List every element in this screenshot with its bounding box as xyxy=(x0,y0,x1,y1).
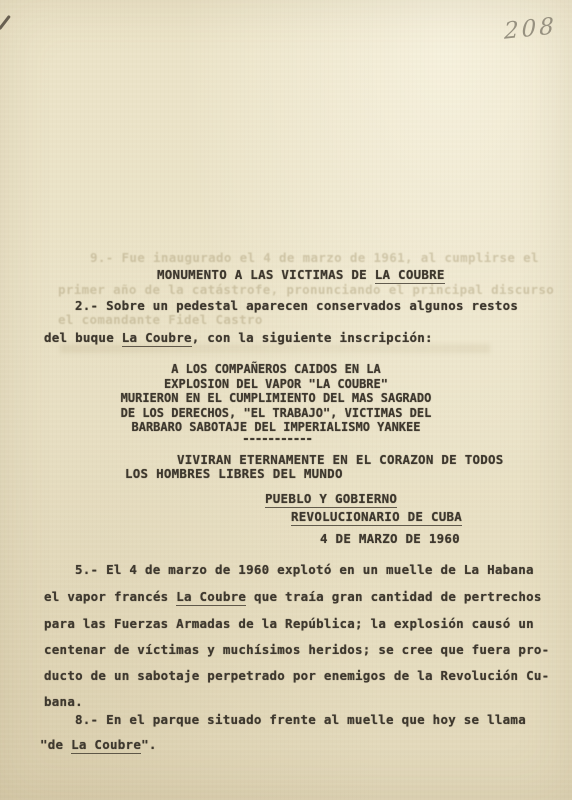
paragraph-2-line-2: del buque La Coubre, con la siguiente in… xyxy=(44,330,433,345)
text-fragment: el vapor francés xyxy=(44,589,176,604)
bleed-through-line: 9.- Fue inaugurado el 4 de marzo de 1961… xyxy=(90,250,539,265)
inscription-line: MURIERON EN EL CUMPLIMIENTO DEL MAS SAGR… xyxy=(96,391,456,406)
underlined-ship-name: La Coubre xyxy=(71,737,141,754)
paragraph-5-line-4: centenar de víctimas y muchísimos herido… xyxy=(44,642,549,657)
document-title: MONUMENTO A LAS VICTIMAS DE LA COUBRE xyxy=(157,267,445,282)
underlined-text: PUEBLO Y GOBIERNO xyxy=(265,491,397,508)
bleed-through-line: el comandante Fidel Castro xyxy=(58,312,263,327)
paragraph-5-line-6: bana. xyxy=(44,694,83,709)
inscription-line: EXPLOSION DEL VAPOR "LA COUBRE" xyxy=(96,377,456,392)
paragraph-5-line-3: para las Fuerzas Armadas de la República… xyxy=(44,616,534,631)
underlined-ship-name: La Coubre xyxy=(176,589,246,606)
inscription-line: DE LOS DERECHOS, "EL TRABAJO", VICTIMAS … xyxy=(96,406,456,421)
title-text: MONUMENTO A LAS VICTIMAS DE xyxy=(157,267,375,282)
paragraph-8-line-1: 8.- En el parque situado frente al muell… xyxy=(75,712,526,727)
underlined-text: REVOLUCIONARIO DE CUBA xyxy=(291,509,462,526)
pencil-page-number: 208 xyxy=(504,13,557,45)
text-fragment: , con la siguiente inscripción: xyxy=(192,330,433,345)
typewritten-document-page: 208 9.- Fue inaugurado el 4 de marzo de … xyxy=(0,0,572,800)
text-fragment: "de xyxy=(40,737,71,752)
paragraph-5-line-5: ducto de un sabotaje perpetrado por enem… xyxy=(44,668,549,683)
typed-dash-separator: ----------- xyxy=(242,432,312,447)
signature-line-2: REVOLUCIONARIO DE CUBA xyxy=(291,509,462,524)
text-fragment: del buque xyxy=(44,330,122,345)
paragraph-5-line-2: el vapor francés La Coubre que traía gra… xyxy=(44,589,542,604)
bleed-through-line: primer año de la catástrofe, pronunciand… xyxy=(58,282,554,297)
signature-date: 4 DE MARZO DE 1960 xyxy=(320,531,460,546)
inscription-closing-line-1: VIVIRAN ETERNAMENTE EN EL CORAZON DE TOD… xyxy=(177,452,504,467)
title-underlined-text: LA COUBRE xyxy=(375,267,445,284)
monument-inscription: A LOS COMPAÑEROS CAIDOS EN LA EXPLOSION … xyxy=(96,362,456,435)
inscription-line: A LOS COMPAÑEROS CAIDOS EN LA xyxy=(96,362,456,377)
inscription-closing-line-2: LOS HOMBRES LIBRES DEL MUNDO xyxy=(125,466,343,481)
paragraph-8-line-2: "de La Coubre". xyxy=(40,737,157,752)
text-fragment: que traía gran cantidad de pertrechos xyxy=(246,589,541,604)
paper-tear-mark xyxy=(0,15,11,30)
text-fragment: ". xyxy=(141,737,157,752)
paragraph-5-line-1: 5.- El 4 de marzo de 1960 explotó en un … xyxy=(75,562,534,577)
signature-line-1: PUEBLO Y GOBIERNO xyxy=(265,491,397,506)
underlined-ship-name: La Coubre xyxy=(122,330,192,347)
paragraph-2-line-1: 2.- Sobre un pedestal aparecen conservad… xyxy=(75,298,518,313)
